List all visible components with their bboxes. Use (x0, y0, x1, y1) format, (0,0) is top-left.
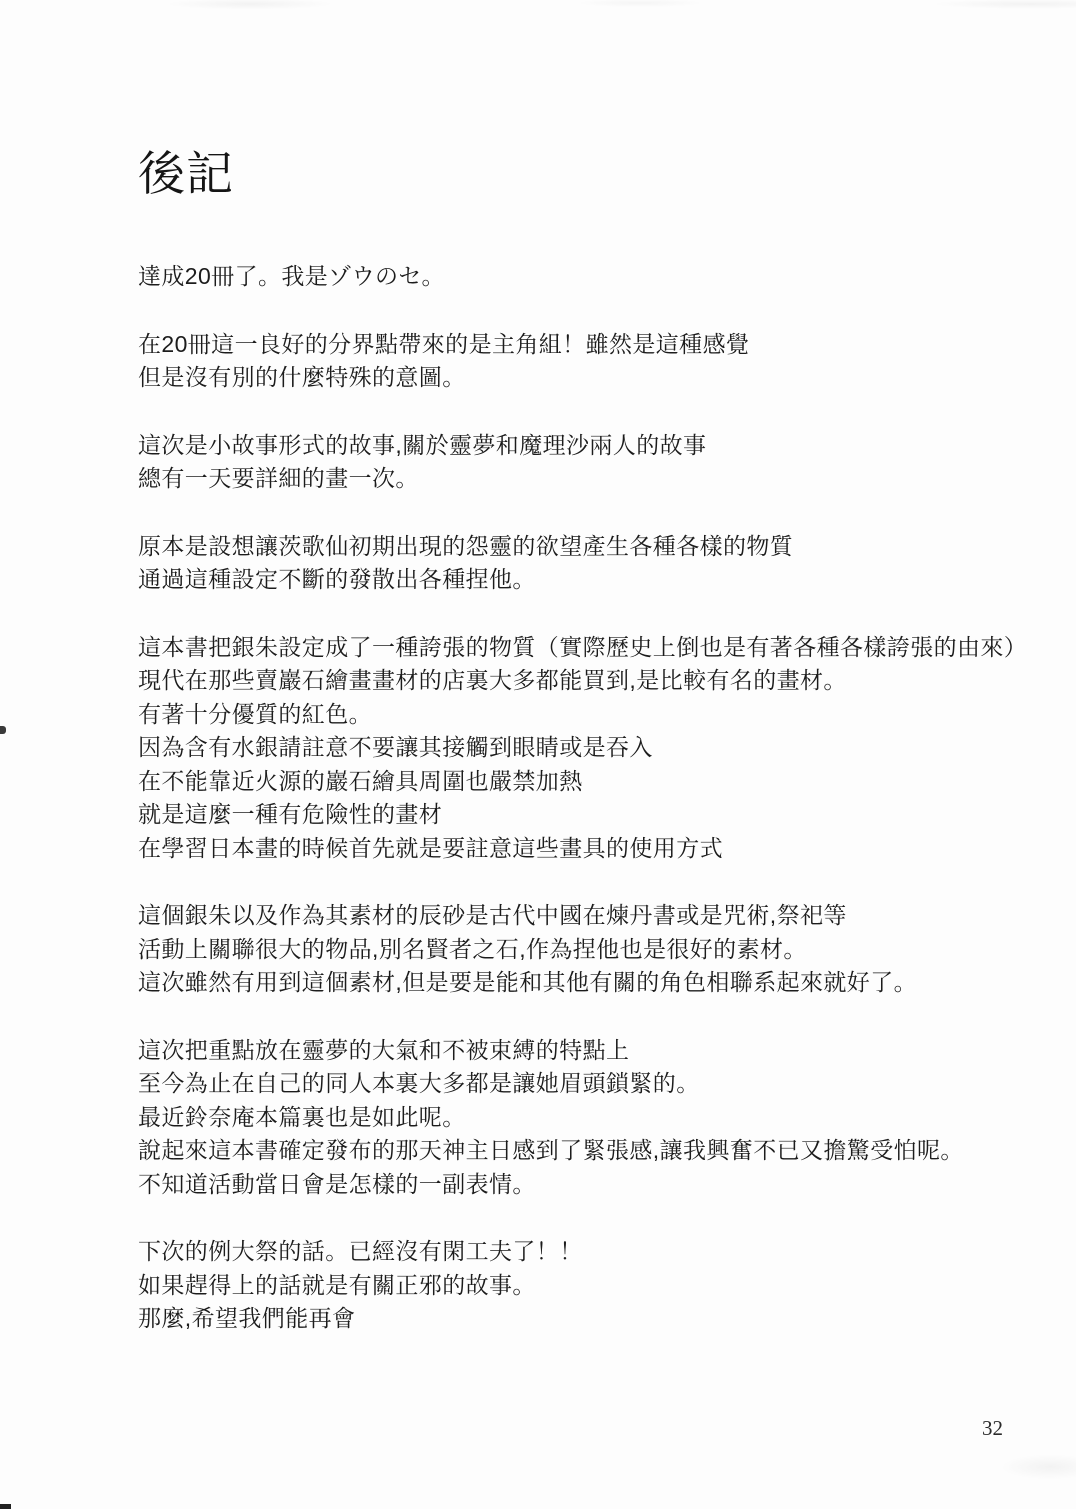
text-line: 但是沒有別的什麼特殊的意圖。 (138, 361, 1038, 395)
text-line: 如果趕得上的話就是有關正邪的故事。 (138, 1269, 1038, 1303)
text-line: 至今為止在自己的同人本裏大多都是讓她眉頭鎖緊的。 (138, 1067, 1038, 1101)
text-line: 在不能靠近火源的巖石繪具周圍也嚴禁加熱 (138, 765, 1038, 799)
paragraph: 這次是小故事形式的故事,關於靈夢和魔理沙兩人的故事總有一天要詳細的畫一次。 (138, 429, 1038, 496)
page-number: 32 (982, 1416, 1003, 1441)
afterword-body: 達成20冊了。我是ゾウのセ。在20冊這一良好的分界點帶來的是主角組！雖然是這種感… (138, 260, 1038, 1336)
text-line: 總有一天要詳細的畫一次。 (138, 462, 1038, 496)
text-line: 不知道活動當日會是怎樣的一副表情。 (138, 1168, 1038, 1202)
text-line: 這次是小故事形式的故事,關於靈夢和魔理沙兩人的故事 (138, 429, 1038, 463)
afterword-page: 後記 達成20冊了。我是ゾウのセ。在20冊這一良好的分界點帶來的是主角組！雖然是… (0, 0, 1076, 1509)
paragraph: 原本是設想讓茨歌仙初期出現的怨靈的欲望產生各種各樣的物質通過這種設定不斷的發散出… (138, 530, 1038, 597)
text-line: 這本書把銀朱設定成了一種誇張的物質（實際歷史上倒也是有著各種各樣誇張的由來） (138, 631, 1038, 665)
text-line: 原本是設想讓茨歌仙初期出現的怨靈的欲望產生各種各樣的物質 (138, 530, 1038, 564)
paragraph: 這次把重點放在靈夢的大氣和不被束縛的特點上至今為止在自己的同人本裏大多都是讓她眉… (138, 1034, 1038, 1202)
text-line: 在學習日本畫的時候首先就是要註意這些畫具的使用方式 (138, 832, 1038, 866)
text-line: 最近鈴奈庵本篇裏也是如此呢。 (138, 1101, 1038, 1135)
scan-smudge-top-edge (0, 0, 1076, 14)
paragraph: 這本書把銀朱設定成了一種誇張的物質（實際歷史上倒也是有著各種各樣誇張的由來）現代… (138, 631, 1038, 866)
text-line: 那麼,希望我們能再會 (138, 1302, 1038, 1336)
afterword-content: 後記 達成20冊了。我是ゾウのセ。在20冊這一良好的分界點帶來的是主角組！雖然是… (138, 148, 1038, 1370)
text-line: 這次把重點放在靈夢的大氣和不被束縛的特點上 (138, 1034, 1038, 1068)
text-line: 下次的例大祭的話。已經沒有閑工夫了！！ (138, 1235, 1038, 1269)
page-title: 後記 (138, 148, 1038, 200)
text-line: 這次雖然有用到這個素材,但是要是能和其他有關的角色相聯系起來就好了。 (138, 966, 1038, 1000)
text-line: 說起來這本書確定發布的那天神主日感到了緊張感,讓我興奮不已又擔驚受怕呢。 (138, 1134, 1038, 1168)
text-line: 在20冊這一良好的分界點帶來的是主角組！雖然是這種感覺 (138, 328, 1038, 362)
text-line: 這個銀朱以及作為其素材的辰砂是古代中國在煉丹書或是咒術,祭祀等 (138, 899, 1038, 933)
text-line: 現代在那些賣巖石繪畫畫材的店裏大多都能買到,是比較有名的畫材。 (138, 664, 1038, 698)
paragraph: 在20冊這一良好的分界點帶來的是主角組！雖然是這種感覺但是沒有別的什麼特殊的意圖… (138, 328, 1038, 395)
text-line: 因為含有水銀請註意不要讓其接觸到眼睛或是吞入 (138, 731, 1038, 765)
scan-mark-left-edge (0, 726, 6, 734)
paragraph: 達成20冊了。我是ゾウのセ。 (138, 260, 1038, 294)
text-line: 通過這種設定不斷的發散出各種捏他。 (138, 563, 1038, 597)
text-line: 達成20冊了。我是ゾウのセ。 (138, 260, 1038, 294)
paragraph: 下次的例大祭的話。已經沒有閑工夫了！！如果趕得上的話就是有關正邪的故事。那麼,希… (138, 1235, 1038, 1336)
paragraph: 這個銀朱以及作為其素材的辰砂是古代中國在煉丹書或是咒術,祭祀等活動上關聯很大的物… (138, 899, 1038, 1000)
text-line: 有著十分優質的紅色。 (138, 698, 1038, 732)
scan-mark-bottom-left-corner (0, 1504, 11, 1509)
scan-smudge-bottom-right (946, 1455, 1076, 1495)
text-line: 就是這麼一種有危險性的畫材 (138, 798, 1038, 832)
text-line: 活動上關聯很大的物品,別名賢者之石,作為捏他也是很好的素材。 (138, 933, 1038, 967)
